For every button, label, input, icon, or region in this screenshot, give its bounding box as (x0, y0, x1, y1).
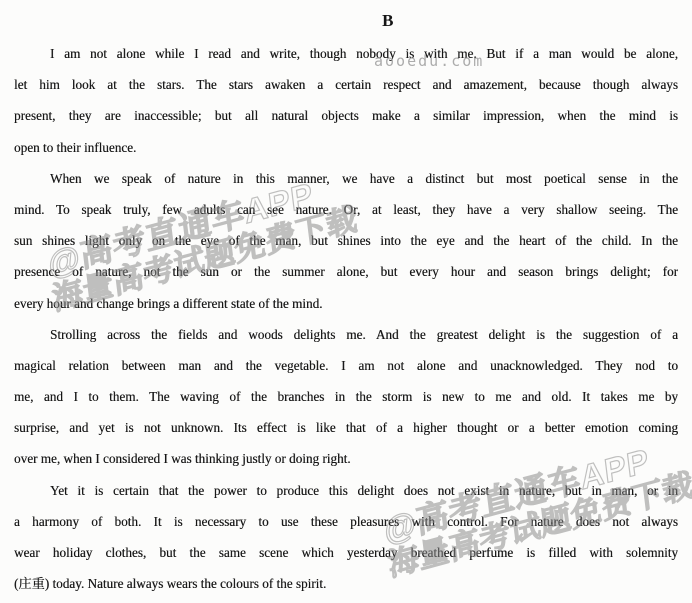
paragraph-line: every hour and change brings a different… (14, 288, 678, 319)
paragraph-line: present, they are inaccessible; but all … (14, 100, 678, 131)
paragraph-line: Strolling across the fields and woods de… (14, 319, 678, 350)
paragraph-line: presence of nature, not the sun or the s… (14, 256, 678, 287)
paragraph-line: me, and I to them. The waving of the bra… (14, 381, 678, 412)
paragraph-line: magical relation between man and the veg… (14, 350, 678, 381)
paragraph-line: sun shines light only on the eye of the … (14, 225, 678, 256)
paragraph-line: surprise, and yet is not unknown. Its ef… (14, 412, 678, 443)
paragraph-line: When we speak of nature in this manner, … (14, 163, 678, 194)
paragraph: When we speak of nature in this manner, … (14, 163, 678, 319)
paragraph-line: over me, when I considered I was thinkin… (14, 443, 678, 474)
paragraph: I am not alone while I read and write, t… (14, 38, 678, 163)
paragraph-line: wear holiday clothes, but the same scene… (14, 537, 678, 568)
paragraph: Strolling across the fields and woods de… (14, 319, 678, 475)
section-label: B (56, 8, 692, 38)
document-page: B I am not alone while I read and write,… (0, 0, 692, 603)
paragraph-line: Yet it is certain that the power to prod… (14, 475, 678, 506)
paragraph-line: mind. To speak truly, few adults can see… (14, 194, 678, 225)
paragraph-line: (庄重) today. Nature always wears the colo… (14, 568, 678, 599)
paragraph-line: a harmony of both. It is necessary to us… (14, 506, 678, 537)
paragraph: Yet it is certain that the power to prod… (14, 475, 678, 600)
paragraph-line: open to their influence. (14, 132, 678, 163)
reading-passage: I am not alone while I read and write, t… (14, 38, 678, 599)
paragraph-line: let him look at the stars. The stars awa… (14, 69, 678, 100)
paragraph-line: I am not alone while I read and write, t… (14, 38, 678, 69)
